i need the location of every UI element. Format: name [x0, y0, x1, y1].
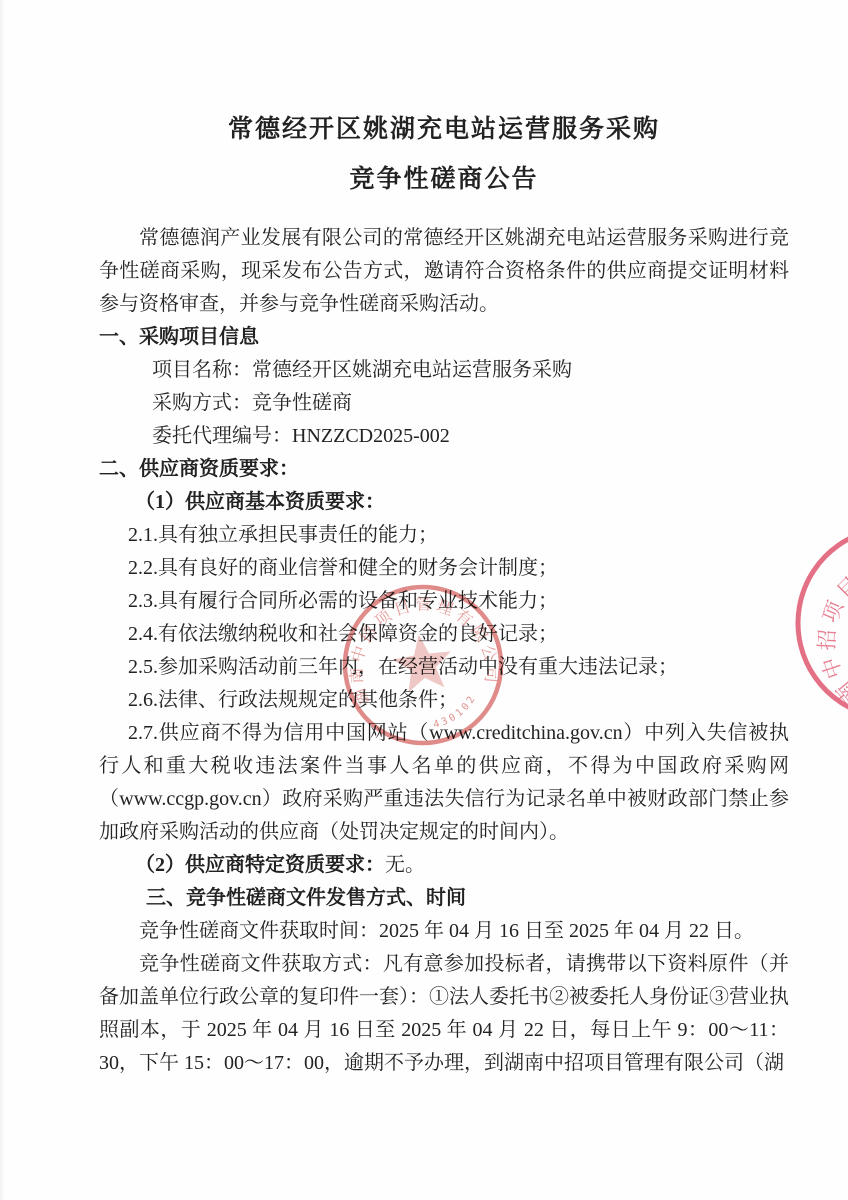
doc-title-line1: 常德经开区姚湖充电站运营服务采购: [99, 112, 789, 148]
section2-heading: 二、供应商资质要求：: [99, 453, 789, 486]
qual-item-2: 2.2.具有良好的商业信誉和健全的财务会计制度；: [99, 552, 789, 585]
document-page: 常德经开区姚湖充电站运营服务采购 竞争性磋商公告 常德德润产业发展有限公司的常德…: [0, 0, 848, 1200]
special-qual-label: （2）供应商特定资质要求：: [135, 854, 385, 876]
cross-seal-company-text: 湖南中招项目管理有限公司: [783, 513, 848, 728]
agency-code-line: 委托代理编号：HNZZCD2025-002: [99, 420, 789, 453]
qual-item-4: 2.4.有依法缴纳税收和社会保障资金的良好记录；: [99, 618, 789, 651]
qual-item-3: 2.3.具有履行合同所必需的设备和专业技术能力；: [99, 585, 789, 618]
section1-heading: 一、采购项目信息: [99, 321, 789, 354]
project-name-line: 项目名称：常德经开区姚湖充电站运营服务采购: [99, 354, 789, 387]
file-time-paragraph: 竞争性磋商文件获取时间：2025 年 04 月 16 日至 2025 年 04 …: [99, 915, 789, 948]
section3-heading: 三、竞争性磋商文件发售方式、时间: [99, 882, 789, 915]
qual-item-5: 2.5.参加采购活动前三年内，在经营活动中没有重大违法记录；: [99, 651, 789, 684]
doc-title-line2: 竞争性磋商公告: [99, 162, 789, 198]
qual-item-7: 2.7.供应商不得为信用中国网站（www.creditchina.gov.cn）…: [99, 717, 789, 849]
qual-item-6: 2.6.法律、行政法规规定的其他条件；: [99, 684, 789, 717]
special-qual-value: 无。: [385, 854, 425, 876]
basic-qual-heading: （1）供应商基本资质要求：: [99, 486, 789, 519]
document-content: 常德经开区姚湖充电站运营服务采购 竞争性磋商公告 常德德润产业发展有限公司的常德…: [99, 112, 789, 1080]
special-qual-line: （2）供应商特定资质要求：无。: [99, 849, 789, 882]
qual-item-1: 2.1.具有独立承担民事责任的能力；: [99, 519, 789, 552]
procurement-method-line: 采购方式：竞争性磋商: [99, 387, 789, 420]
cross-seal-ring: [783, 513, 848, 733]
file-method-paragraph: 竞争性磋商文件获取方式：凡有意参加投标者，请携带以下资料原件（并备加盖单位行政公…: [99, 948, 789, 1080]
cross-page-seal: 湖南中招项目管理有限公司: [783, 513, 848, 733]
intro-paragraph: 常德德润产业发展有限公司的常德经开区姚湖充电站运营服务采购进行竞争性磋商采购，现…: [99, 222, 789, 321]
